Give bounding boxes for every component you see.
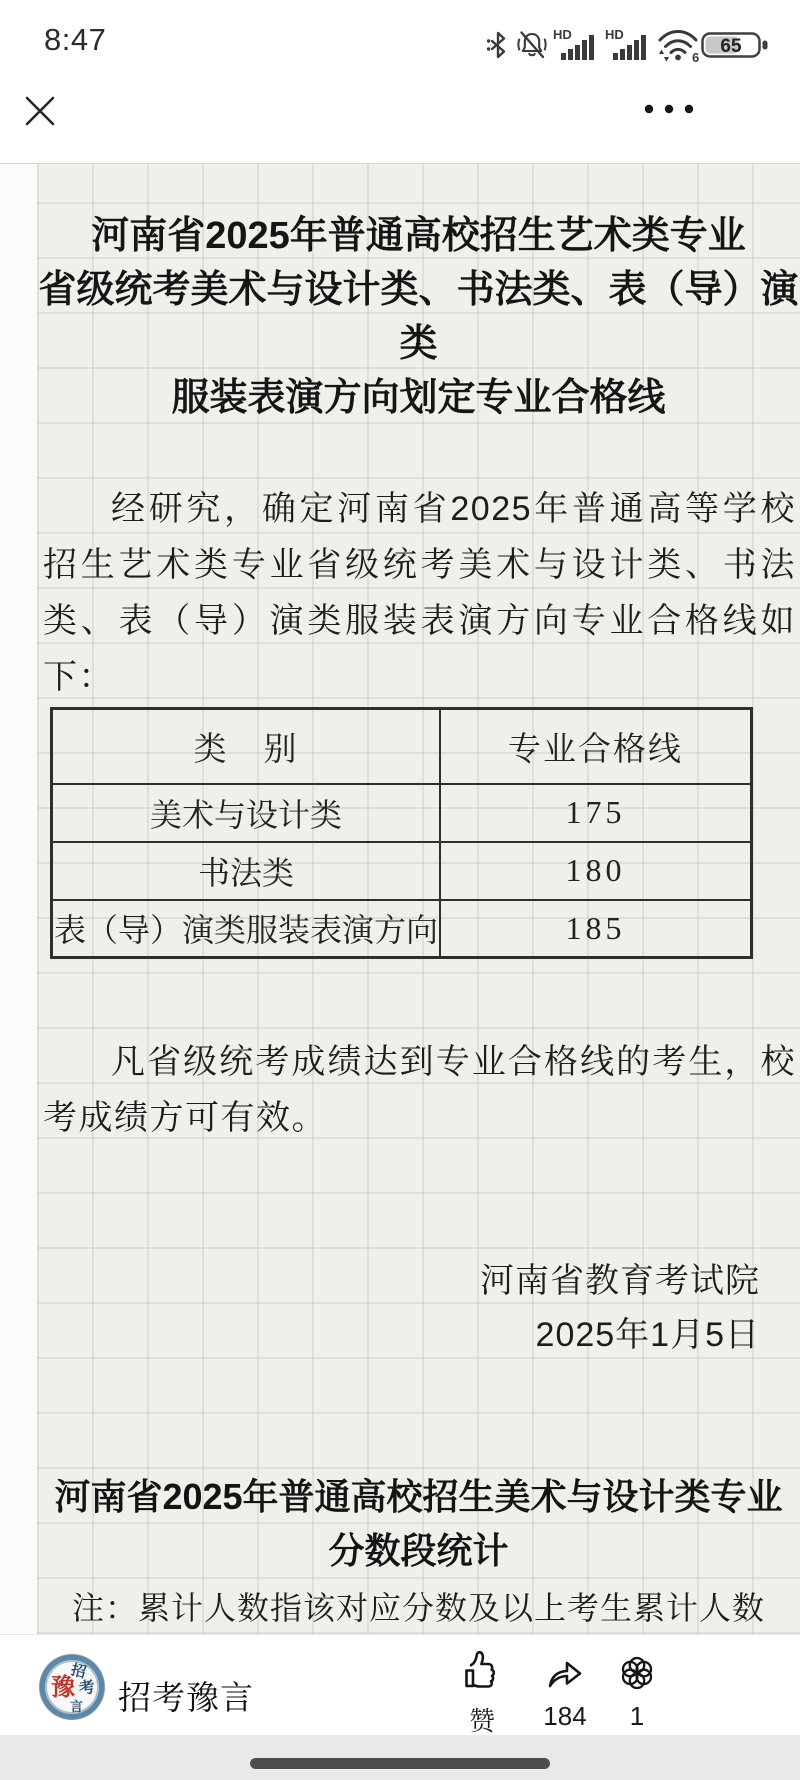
sim1-hd-signal-icon: HD: [553, 27, 599, 61]
stats-heading: 河南省2025年普通高校招生美术与设计类专业 分数段统计: [37, 1470, 800, 1578]
wow-count[interactable]: 1: [607, 1701, 667, 1732]
stats-heading-line: 河南省2025年普通高校招生美术与设计类专业: [37, 1470, 800, 1524]
category-cell: 表（导）演类服装表演方向: [52, 900, 441, 958]
gesture-strip: [0, 1735, 800, 1780]
account-avatar[interactable]: 招 考 豫 言: [40, 1655, 104, 1719]
document-paper: 河南省2025年普通高校招生艺术类专业 省级统考美术与设计类、书法类、表（导）演…: [37, 164, 800, 1634]
svg-text:HD: HD: [553, 27, 572, 42]
score-cell: 175: [440, 784, 752, 842]
stats-note: 注：累计人数指该对应分数及以上考生累计人数: [37, 1583, 800, 1629]
share-count[interactable]: 184: [535, 1701, 595, 1732]
table-row: 书法类 180: [52, 842, 752, 900]
title-line: 类: [37, 317, 800, 371]
share-arrow-icon[interactable]: [543, 1651, 587, 1693]
avatar-char: 豫: [51, 1676, 75, 1700]
table-row: 美术与设计类 175: [52, 784, 752, 842]
title-line: 服装表演方向划定专业合格线: [37, 371, 800, 425]
avatar-char: 言: [70, 1700, 83, 1713]
more-menu-icon[interactable]: [642, 102, 696, 116]
account-name[interactable]: 招考豫言: [118, 1672, 254, 1719]
issue-date: 2025年1月5日: [480, 1308, 760, 1362]
table-header-row: 类 别 专业合格线: [52, 709, 752, 784]
close-icon[interactable]: [22, 93, 58, 129]
like-label[interactable]: 赞: [452, 1701, 512, 1738]
svg-text:6: 6: [692, 50, 699, 63]
wow-flower-icon[interactable]: [616, 1652, 658, 1694]
title-line: 河南省2025年普通高校招生艺术类专业: [37, 209, 800, 263]
svg-text:65: 65: [720, 36, 742, 57]
issuing-org: 河南省教育考试院: [480, 1254, 760, 1308]
document-title: 河南省2025年普通高校招生艺术类专业 省级统考美术与设计类、书法类、表（导）演…: [37, 209, 800, 425]
table-row: 表（导）演类服装表演方向 185: [52, 900, 752, 958]
battery-icon: 65: [701, 30, 773, 60]
category-cell: 书法类: [52, 842, 441, 900]
category-cell: 美术与设计类: [52, 784, 441, 842]
clock-time: 8:47: [44, 22, 106, 58]
wifi6-icon: 6: [656, 27, 702, 63]
score-header: 专业合格线: [440, 709, 752, 784]
signature-block: 河南省教育考试院 2025年1月5日: [480, 1254, 760, 1362]
bluetooth-icon: [486, 30, 510, 60]
title-line: 省级统考美术与设计类、书法类、表（导）演: [37, 263, 800, 317]
home-indicator[interactable]: [250, 1758, 550, 1769]
phone-screen: 8:47 HD HD: [0, 0, 800, 1780]
like-thumbs-up-icon[interactable]: [461, 1651, 503, 1693]
footer-bar: 招 考 豫 言 招考豫言 赞 184 1: [0, 1634, 800, 1735]
svg-text:HD: HD: [605, 27, 624, 42]
intro-paragraph: 经研究，确定河南省2025年普通高等学校招生艺术类专业省级统考美术与设计类、书法…: [43, 481, 796, 705]
category-header: 类 别: [52, 709, 441, 784]
stats-heading-line: 分数段统计: [37, 1524, 800, 1578]
sim2-hd-signal-icon: HD: [605, 27, 651, 61]
score-cell: 185: [440, 900, 752, 958]
article-document: 河南省2025年普通高校招生艺术类专业 省级统考美术与设计类、书法类、表（导）演…: [0, 163, 800, 1634]
score-cell: 180: [440, 842, 752, 900]
qualification-line-table: 类 别 专业合格线 美术与设计类 175 书法类 180 表（导）演类服装表演方…: [50, 707, 753, 959]
status-bar: 8:47 HD HD: [0, 0, 800, 70]
avatar-char: 考: [78, 1680, 96, 1698]
validity-paragraph: 凡省级统考成绩达到专业合格线的考生，校考成绩方可有效。: [43, 1034, 796, 1146]
mute-bell-icon: [517, 29, 547, 60]
